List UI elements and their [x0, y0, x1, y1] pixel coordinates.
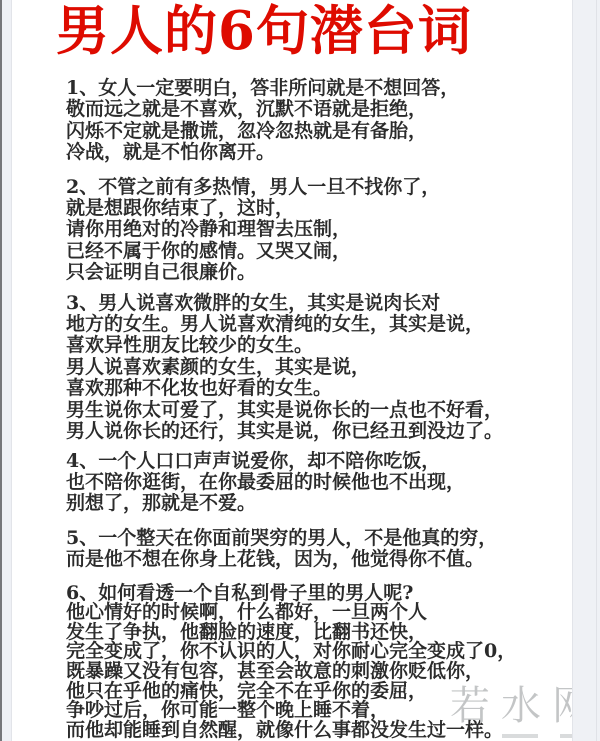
right-page-edge — [572, 0, 600, 741]
paragraph-1: 1、女人一定要明白，答非所问就是不想回答， 敬而远之就是不喜欢，沉默不语就是拒绝… — [66, 78, 570, 164]
paragraph-3: 3、男人说喜欢微胖的女生，其实是说肉长对 地方的女生。男人说喜欢清纯的女生，其实… — [66, 293, 570, 443]
page-title: 男人的6句潜台词 — [56, 2, 600, 60]
paragraph-2: 2、不管之前有多热情，男人一旦不找你了， 就是想跟你结束了，这时， 请你用绝对的… — [66, 177, 570, 284]
paragraph-5: 5、一个整天在你面前哭穷的男人，不是他真的穷， 而是他不想在你身上花钱，因为，他… — [66, 528, 570, 571]
meme-text-page: 男人的6句潜台词 1、女人一定要明白，答非所问就是不想回答， 敬而远之就是不喜欢… — [0, 0, 600, 741]
watermark-dash — [502, 734, 538, 738]
left-page-edge — [0, 0, 12, 741]
paragraph-4: 4、一个人口口声声说爱你，却不陪你吃饭， 也不陪你逛街，在你最委屈的时候他也不出… — [66, 451, 570, 515]
